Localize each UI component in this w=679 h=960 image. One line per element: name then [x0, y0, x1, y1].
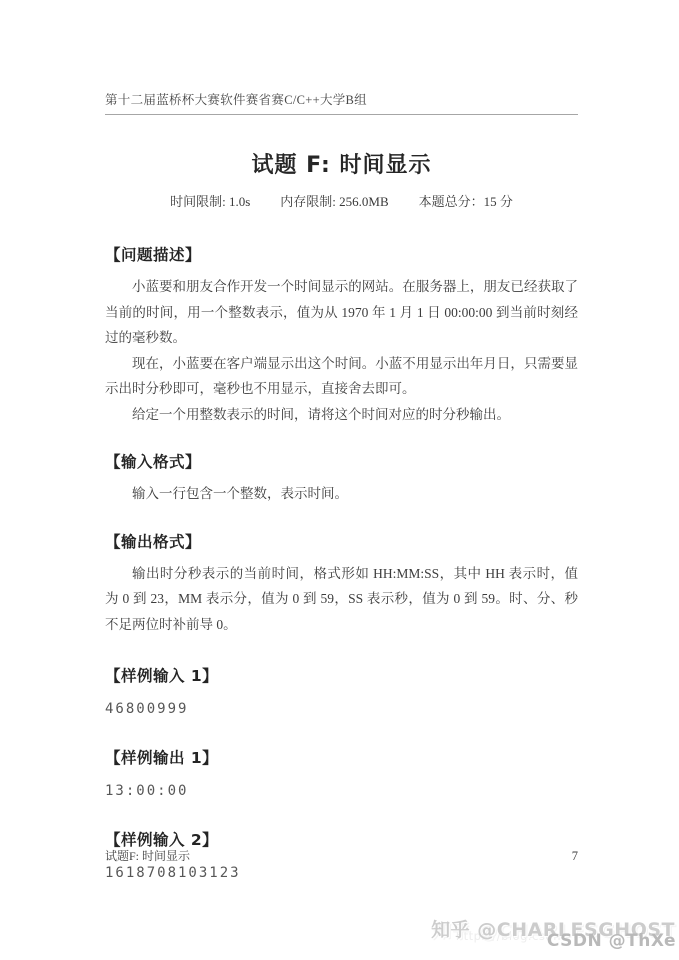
paragraph: 输出时分秒表示的当前时间，格式形如 HH:MM:SS，其中 HH 表示时，值为 …: [105, 561, 578, 638]
paragraph: 输入一行包含一个整数，表示时间。: [105, 481, 578, 507]
memory-limit: 内存限制: 256.0MB: [280, 193, 388, 211]
section-heading: 【样例输出 1】: [105, 748, 578, 769]
time-limit: 时间限制: 1.0s: [170, 193, 250, 211]
section-heading: 【样例输入 1】: [105, 666, 578, 687]
section-sample-output-1: 【样例输出 1】 13:00:00: [105, 748, 578, 801]
watermark-url: https://blog.csdn: [456, 929, 561, 943]
paragraph: 给定一个用整数表示的时间，请将这个时间对应的时分秒输出。: [105, 402, 578, 428]
sample-input-1-value: 46800999: [105, 699, 578, 719]
section-problem-description: 【问题描述】 小蓝要和朋友合作开发一个时间显示的网站。在服务器上，朋友已经获取了…: [105, 245, 578, 427]
paragraph: 现在，小蓝要在客户端显示出这个时间。小蓝不用显示出年月日，只需要显示出时分秒即可…: [105, 351, 578, 402]
page-content: 第十二届蓝桥杯大赛软件赛省赛C/C++大学B组 试题 F: 时间显示 时间限制:…: [0, 0, 679, 883]
limits-line: 时间限制: 1.0s 内存限制: 256.0MB 本题总分：15 分: [105, 193, 578, 211]
problem-title: 试题 F: 时间显示: [105, 151, 578, 181]
paragraph: 小蓝要和朋友合作开发一个时间显示的网站。在服务器上，朋友已经获取了当前的时间，用…: [105, 274, 578, 351]
page-number: 7: [572, 849, 578, 864]
section-heading: 【问题描述】: [105, 245, 578, 266]
running-header-text: 第十二届蓝桥杯大赛软件赛省赛C/C++大学B组: [105, 93, 367, 107]
page-footer: 试题F: 时间显示 7: [105, 847, 578, 864]
section-heading: 【输出格式】: [105, 532, 578, 553]
total-score: 本题总分：15 分: [419, 193, 513, 211]
sample-output-1-value: 13:00:00: [105, 781, 578, 801]
section-input-format: 【输入格式】 输入一行包含一个整数，表示时间。: [105, 452, 578, 507]
sample-input-2-value: 1618708103123: [105, 863, 578, 883]
watermark-csdn: CSDN @ThXe: [547, 931, 676, 951]
section-heading: 【输入格式】: [105, 452, 578, 473]
watermark-zhihu: 知乎 @CHARLESGHOST: [431, 915, 675, 942]
section-output-format: 【输出格式】 输出时分秒表示的当前时间，格式形如 HH:MM:SS，其中 HH …: [105, 532, 578, 638]
section-sample-input-1: 【样例输入 1】 46800999: [105, 666, 578, 719]
document-page: 第十二届蓝桥杯大赛软件赛省赛C/C++大学B组 试题 F: 时间显示 时间限制:…: [0, 0, 679, 960]
footer-title: 试题F: 时间显示: [105, 847, 190, 864]
running-header: 第十二届蓝桥杯大赛软件赛省赛C/C++大学B组: [105, 0, 578, 115]
